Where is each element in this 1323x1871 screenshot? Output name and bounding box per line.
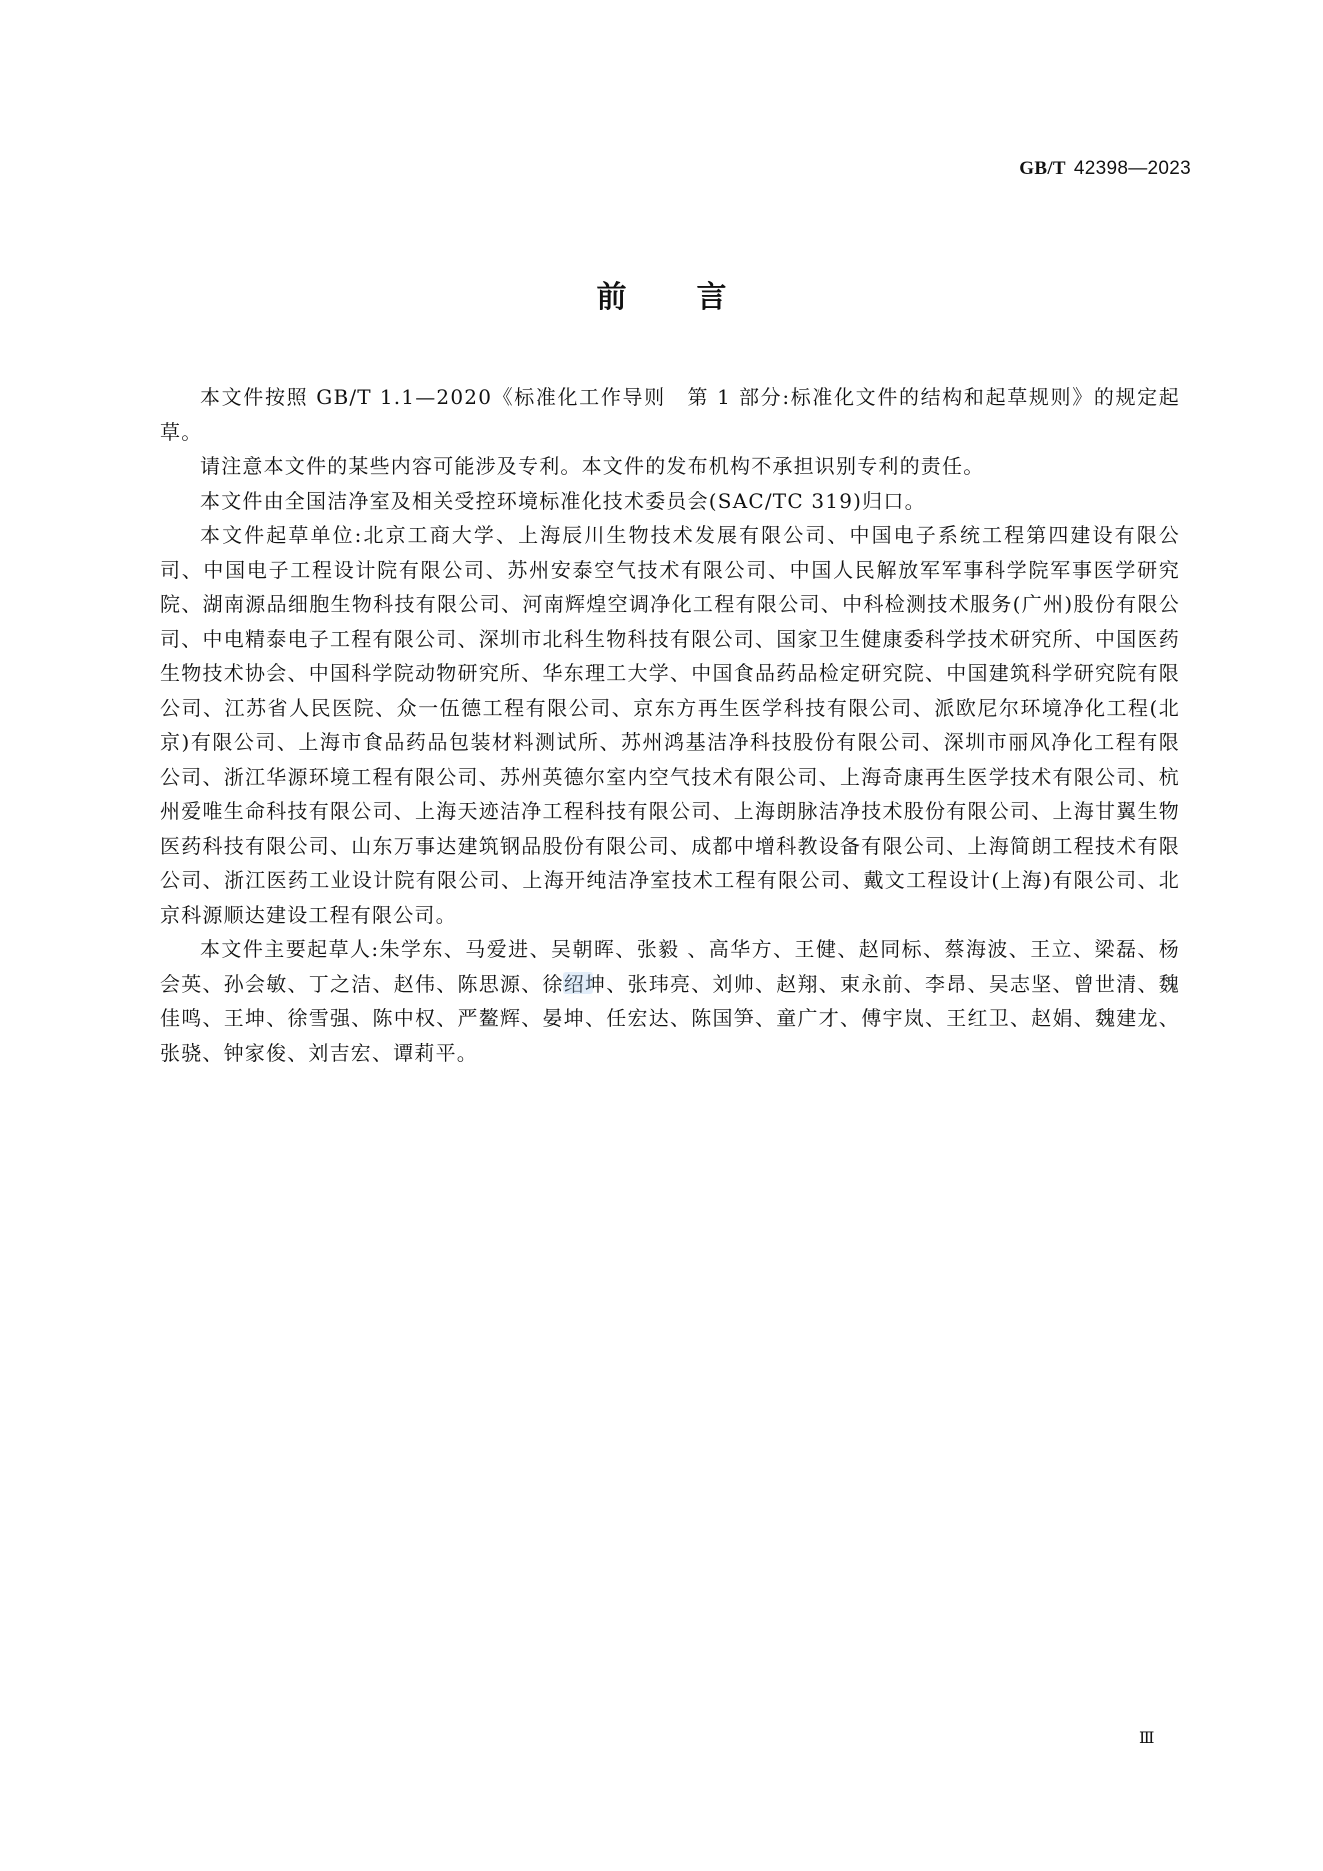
page-number: Ⅲ: [1139, 1728, 1154, 1747]
paragraph-committee: 本文件由全国洁净室及相关受控环境标准化技术委员会(SAC/TC 319)归口。: [160, 484, 1180, 519]
document-code-number: 42398—2023: [1074, 158, 1191, 179]
title-char-2: 言: [697, 272, 727, 316]
document-code: GB/T42398—2023: [1019, 158, 1191, 180]
title-char-1: 前: [597, 272, 627, 316]
paragraph-drafting-rules: 本文件按照 GB/T 1.1—2020《标准化工作导则 第 1 部分:标准化文件…: [160, 380, 1180, 449]
page-title: 前言: [0, 272, 1323, 316]
paragraph-drafters: 本文件主要起草人:朱学东、马爱进、吴朝晖、张毅 、高华方、王健、赵同标、蔡海波、…: [160, 932, 1180, 1070]
paragraph-drafting-organizations: 本文件起草单位:北京工商大学、上海辰川生物技术发展有限公司、中国电子系统工程第四…: [160, 518, 1180, 932]
document-code-prefix: GB/T: [1019, 158, 1066, 179]
paragraph-patent-notice: 请注意本文件的某些内容可能涉及专利。本文件的发布机构不承担识别专利的责任。: [160, 449, 1180, 484]
watermark-logo: [563, 972, 593, 994]
foreword-body: 本文件按照 GB/T 1.1—2020《标准化工作导则 第 1 部分:标准化文件…: [160, 380, 1180, 1070]
